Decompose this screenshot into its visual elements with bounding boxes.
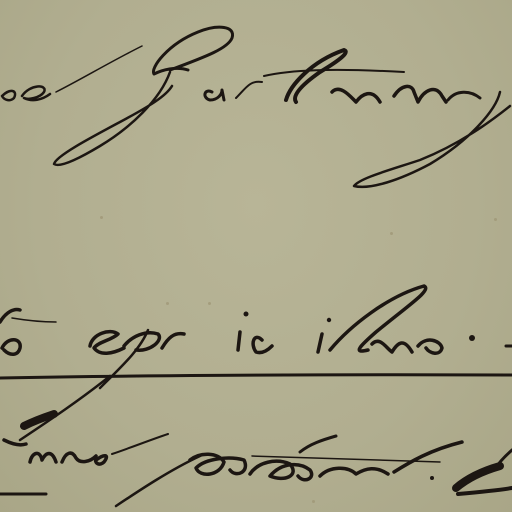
line2-text: …ta apicibus … [0, 310, 283, 351]
rule-line [0, 375, 512, 378]
manuscript-page: …e Gattung… …ta apicibus … …bus postandi… [0, 0, 512, 512]
line1-text: …e Gattung… [0, 60, 281, 106]
line1-ink [2, 27, 510, 187]
line3-text: …bus postandi… [0, 430, 305, 471]
